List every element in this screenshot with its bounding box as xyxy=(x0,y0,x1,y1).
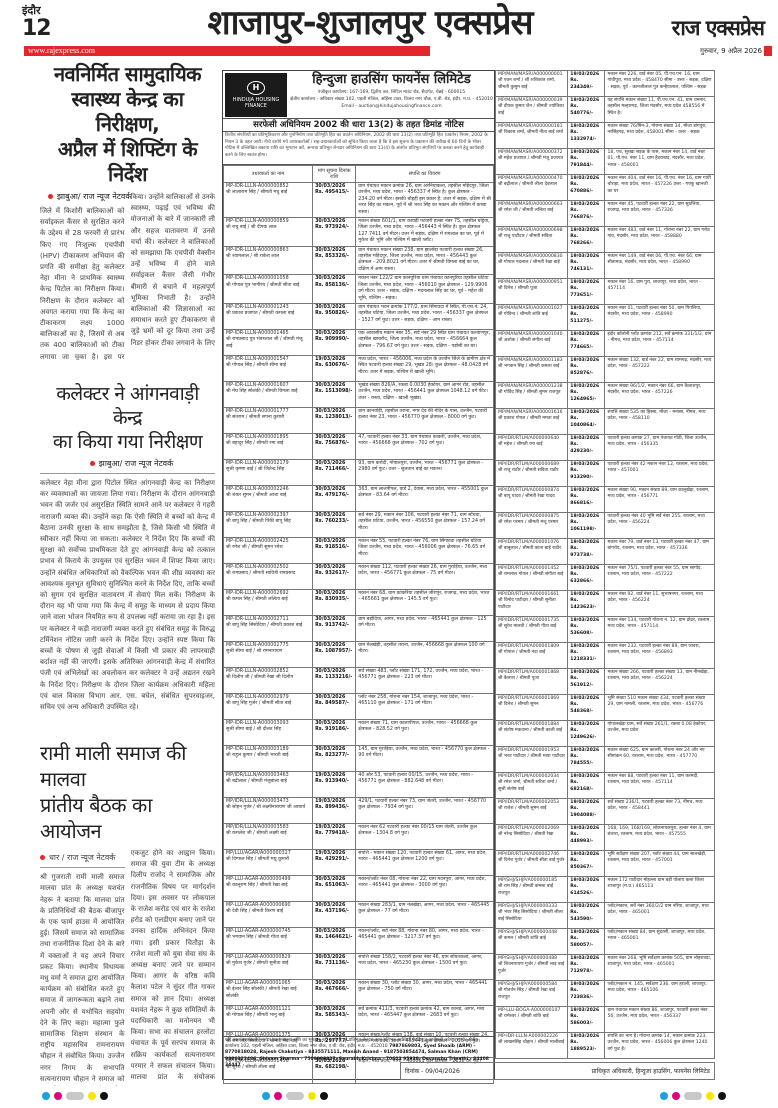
demand-amount: Rs. 973924/- xyxy=(315,225,353,231)
property-description: मकान/प्लॉट नंबर 08, गोराना नंबर 22, ग्रा… xyxy=(356,875,494,901)
property-description: मकान संख्या 601/1, ग्राम कायड़ी पटवारी ह… xyxy=(356,218,494,247)
borrower-names: श्री कैलाश / श्रीमती पूजा xyxy=(498,676,565,682)
borrower-names: श्री बद्रीलाल / श्रीमती मंजुबाला बाई xyxy=(226,779,310,785)
table-row: MP/MAN/MASR/A000001040श्री अशोक / श्रीमत… xyxy=(496,331,715,357)
article-body-col1: श्री गुजराती रामी माली समाज मालवा प्रांत… xyxy=(40,872,125,1086)
authorized-signatory: प्राधिकृत अधिकारी, हिन्दुजा हाउसिंग, फाय… xyxy=(592,1067,710,1075)
demand-amount: Rs. 712978/- xyxy=(570,962,602,975)
company-logo: H HINDUJA HOUSING FINANCE xyxy=(225,73,287,117)
property-description: मकान 172 पाटीदार मोहल्ला ग्राम बड़ी पोला… xyxy=(605,877,715,903)
demand-amount: Rs. 511275/- xyxy=(570,312,602,325)
table-row: MP-IDR-LLLN-A000001607श्री मेघ सिंह सोलं… xyxy=(224,381,494,407)
demand-amount: Rs. 853326/- xyxy=(315,254,353,260)
property-description: पटवारी हल्का क्रमांक 27, ग्राम पंचायत गो… xyxy=(605,435,715,461)
table-row: MP-IDR-LLLN-A000000863श्री श्यामलाल / श्… xyxy=(224,246,494,275)
article-body-col1: जिले में किशोरी बालिकाओं को सर्वाइकल कैं… xyxy=(40,206,125,360)
table-row: MP/IDR/RTLM/A000001868श्री कैलाश / श्रीम… xyxy=(496,669,715,695)
demand-amount: Rs. 670886/- xyxy=(570,182,602,195)
table-row: MP/MAN/MASR/A000000372श्री महेश प्रजापत … xyxy=(496,149,715,175)
property-description: 93, ग्राम करोदी, गोपालपुरा, उज्जैन, भारत… xyxy=(356,459,494,485)
demand-amount: Rs. 540776/- xyxy=(570,104,602,117)
demand-amount: Rs. 1332974/- xyxy=(570,130,602,143)
registered-office: पंजीकृत कार्यालय: 167-169, द्वितीय तल, ल… xyxy=(289,89,494,96)
demand-amount: Rs. 429291/- xyxy=(315,857,353,863)
borrower-names: श्री नरेन्द्र सिसोदिया / श्रीमती रेखा xyxy=(498,832,565,838)
demand-amount: Rs. 614526/- xyxy=(570,884,602,897)
demand-amount: Rs. 830935/- xyxy=(315,597,353,603)
property-description: सर्वे संख्या 483, प्लॉट संख्या 171, 172,… xyxy=(356,667,494,693)
property-description: सर्वे क्रमांक 411/3, पटवारी हल्का क्रमां… xyxy=(356,1005,494,1031)
property-description: मकान संख्या 132, वार्ड नंबर 22, ग्राम शा… xyxy=(605,357,715,383)
property-description: ग्राम कानवोड़ी, तहसील तराना, नगर देव की … xyxy=(356,407,494,433)
borrower-names: श्री संतराम / श्रीमती सपना कुमारी xyxy=(226,415,310,421)
bullet-icon xyxy=(90,461,95,466)
article-rami-mali-samaj: रामी माली समाज की मालवा प्रांतीय बैठक का… xyxy=(40,740,215,1086)
divider xyxy=(40,473,215,474)
borrower-names: श्री संतोष मकवाना / श्रीमती काली बाई xyxy=(498,728,565,734)
issue-date: गुरुवार, 9 अप्रैल 2026 xyxy=(700,46,762,56)
property-description: ग्राम पंचायत मकान संख्या 86, शाजापुर, पट… xyxy=(605,1007,715,1033)
borrower-names: श्री लालाराम सिंह / श्रीमती मधु बाई xyxy=(226,190,310,196)
demand-amount: Rs. 1040864/- xyxy=(570,416,602,429)
borrower-names: श्री महेश / श्रीमती रमा बाई xyxy=(498,442,565,448)
table-header-row: उधारकर्ता का नाम मांग सूचना दिनांक राशि … xyxy=(224,166,494,183)
demand-amount: Rs. 1904088/- xyxy=(570,806,602,819)
borrower-names: श्री प्रकाश गोयल / श्रीमती ममता बाई xyxy=(498,416,565,422)
table-row: MP/SHJ/SHJP/A000000333श्री भंवर सिंह सिस… xyxy=(496,903,715,929)
table-row: MP/MAN/MASR/A000000470श्री बद्रीलाल / श्… xyxy=(496,175,715,201)
left-news-column: नवनिर्मित सामुदायिक स्वास्थ्य केन्द्र का… xyxy=(40,62,215,1086)
demand-amount: Rs. 774665/- xyxy=(570,338,602,351)
table-row: MP/MAN/MASR/A000001616श्री प्रकाश गोयल /… xyxy=(496,409,715,435)
column-header: मांग सूचना दिनांक राशि xyxy=(313,166,356,183)
borrower-names: श्री दिनेश / श्रीमती सुमन xyxy=(498,702,565,708)
borrower-names: श्री विकास शर्मा, श्रीमती नीता बाई शर्मा xyxy=(498,130,565,136)
demand-amount: Rs. 1218331/- xyxy=(570,650,602,663)
borrower-names: श्री गोपाल / श्रीमती नंदा बाई xyxy=(498,650,565,656)
table-row: MP/IDR/RTLM/A000000875श्री रमेश परमार / … xyxy=(496,513,715,539)
property-description: मकान नंबर 55, पटवारी हल्का नंबर 76, ग्रा… xyxy=(356,537,494,563)
table-row: MP/MAN/MASR/A000001027श्री गोविन्द / श्र… xyxy=(496,305,715,331)
borrower-names: श्री गोविंद सिंह / श्रीमती सुमन राजपूत xyxy=(498,390,565,396)
borrower-names: श्री रमेश जी / श्रीमती सुमन रमेश xyxy=(226,545,310,551)
table-row: MP/MAN/MASR/A000001183श्री भगवान सिंह / … xyxy=(496,357,715,383)
article-health-centre: नवनिर्मित सामुदायिक स्वास्थ्य केन्द्र का… xyxy=(40,62,215,360)
table-row: MP/IDR/RTLM/A000001884श्री संतोष मकवाना … xyxy=(496,721,715,747)
branch-office: क्षेत्रीय कार्यालय - अधिकार संख्या 102, … xyxy=(289,96,494,103)
property-description: मकान नंबर 122/2 ग्राम कानपुरिया ग्राम पं… xyxy=(356,275,494,304)
demand-amount: Rs. 1423623/- xyxy=(570,598,602,611)
table-row: MP/IDR/RTLM/A000000689श्री राजू राठौर / … xyxy=(496,461,715,487)
property-description: ग्राम पंचायत मकान क्रमांक 26, ग्राम अरनि… xyxy=(356,183,494,218)
demand-amount: Rs. 630676/- xyxy=(315,363,353,369)
borrower-names: श्री कमलेश जी / श्रीमती लक्ष्मी बाई xyxy=(226,831,310,837)
demand-amount: Rs. 543590/- xyxy=(570,910,602,923)
borrower-names: श्री बापू सिंह गुर्जर / श्रीमती सीता बाई xyxy=(226,701,310,707)
table-row: MP-LLU-BOGA-A000000107श्री रामेश्वर / श्… xyxy=(496,1007,715,1033)
demand-amount: Rs. 651063/- xyxy=(315,883,353,889)
property-description: प्लॉट/मकान, सर्वे नंबर 360/2/2 ग्राम नरि… xyxy=(605,903,715,929)
table-row: MP/MAN/MASR/A000000001श्री पवन शर्मा / श… xyxy=(496,71,715,97)
notice-intro: वित्तीय संपत्तियों का प्रतिभूतिकरण और पु… xyxy=(223,132,494,165)
divider xyxy=(40,867,125,868)
property-description: सर्वे संख्या 236/1, पटवारी हल्का नंबर 73… xyxy=(605,799,715,825)
table-row: MP/IDR/RTLM/A000002069श्री नरेन्द्र सिसो… xyxy=(496,825,715,851)
article-body: कलेक्टर नेहा मीना द्वारा पिटोल स्थित आंग… xyxy=(40,478,215,736)
property-description: सर्वे नंबर 29, मकान नंबर 106, पटवारी हल्… xyxy=(356,511,494,537)
borrower-names: श्री रमेश जी / श्रीमती ललिता बाई xyxy=(498,208,565,214)
article-byline: झाबुआ/ राज न्यूज नेटवर्क xyxy=(48,458,215,469)
borrower-names: श्री राजू पाटीदार / श्रीमती सविता xyxy=(498,234,565,240)
demand-amount: Rs. 760233/- xyxy=(315,519,353,525)
table-row: MP-IDR-LLLN-A000001465श्री रामप्रसाद पुत… xyxy=(224,329,494,355)
property-description: मकान संख्या 112, पटवारी हल्का संख्या 26,… xyxy=(356,563,494,589)
property-description: भूमि सर्वेक्षण संख्या 207, प्लॉट संख्या … xyxy=(605,851,715,877)
registration-dot xyxy=(684,1092,702,1100)
demand-amount: Rs. 909990/- xyxy=(315,337,353,343)
borrower-names: श्री बापू सिंह सिसोदिया / श्रीमती प्रकाश… xyxy=(226,623,310,629)
borrower-names: श्री दिनेश / श्रीमती पूजा xyxy=(498,286,565,292)
borrower-names: श्री गोविन्द / श्रीमती शांति बाई xyxy=(498,312,565,318)
property-description: मकान नंबर 134, पटवारी गोराना नं. 12, ग्र… xyxy=(605,617,715,643)
borrower-names: श्री कमल / श्रीमती शांति बाई xyxy=(498,936,565,942)
borrower-names: श्री लाखनसिंह चौहान / श्रीमती मालीबाई xyxy=(498,1040,565,1046)
borrower-names: श्री राजू राठौर / श्रीमती सविता राठौर xyxy=(498,468,565,474)
borrower-names: श्री भगवान सिंह / श्रीमती कमला बाई xyxy=(498,364,565,370)
registration-dot xyxy=(66,1092,84,1100)
borrower-names: श्री देवी सिंह / श्रीमती किरण बाई xyxy=(226,909,310,915)
table-row: MP-LLU-AGAR-A000000499श्री कालूराम सिंह … xyxy=(224,875,494,901)
borrower-names: श्री मेघ सिंह सोलंकी / श्रीमती विमला बाई xyxy=(226,389,310,395)
table-row: MP-IDR-LLLN-A000001243श्री प्रकाश प्रजाप… xyxy=(224,303,494,329)
property-description: यह संपत्ति मकान संख्या 11, पी.एच.एन. 41,… xyxy=(605,97,715,123)
property-description: 168, 169, 168/169, लोकनायकपुरा, हल्का नं… xyxy=(605,825,715,851)
property-description: मकान नंबर 483, वार्ड नंबर 11, गोराना नंब… xyxy=(605,227,715,253)
table-row: MP-IDR-LLLN-A000001547श्री गोपाल सिंह / … xyxy=(224,355,494,381)
borrower-names: श्री दीपक कुमार जैन / श्रीमती ज्योतिका ब… xyxy=(498,104,565,117)
demand-amount: Rs. 791844/- xyxy=(570,156,602,169)
registration-dot xyxy=(88,1092,96,1100)
registration-dot xyxy=(54,1092,62,1100)
demand-amount: Rs. 1087957/- xyxy=(315,649,353,655)
table-row: MP-IDR-LLLN-A000002226श्री लाखनसिंह चौहा… xyxy=(496,1033,715,1059)
table-row: MP-IDR-LLLN-A000002775सुश्री सीमा बाई / … xyxy=(224,641,494,667)
demand-amount: Rs. 479176/- xyxy=(315,493,353,499)
company-name: हिन्दुजा हाउसिंग फायनेंस लिमिटेड xyxy=(289,71,494,89)
property-description: मकान संख्या 30, प्लॉट संख्या 30, आगर, मध… xyxy=(356,979,494,1005)
website-link[interactable]: www.rajexpress.com xyxy=(28,46,95,56)
demand-amount: Rs. 779418/- xyxy=(315,831,353,837)
property-description: मकान संख्या 266, पटवारी हल्का संख्या 13,… xyxy=(605,669,715,695)
table-row: MP/IDR/RTLM/A000000640श्री महेश / श्रीमत… xyxy=(496,435,715,461)
property-description: एक आवासीय मकान नंबर 35, सर्वे नंबर 29 स्… xyxy=(356,329,494,355)
column-header: संपत्ति का विवरण xyxy=(356,166,494,183)
demand-notice-continued: MP/MAN/MASR/A000000001श्री पवन शर्मा / श… xyxy=(495,70,715,1080)
borrower-names: श्री ईश्वर सिंह सोलंकी / श्रीमती रेखा बा… xyxy=(226,987,310,1000)
borrower-names: श्री गोपाल नंदलाल / श्रीमती रेखा बाई xyxy=(498,260,565,266)
page-number: 12 xyxy=(22,16,51,41)
borrower-names: श्री अशोक / श्रीमती संगीता बाई xyxy=(498,338,565,344)
table-row: MP/IDR/LLLN/A000003463श्री बद्रीलाल / श्… xyxy=(224,771,494,797)
borrower-names: श्री राम सिंह / श्रीमती कमला बाई राजपूत xyxy=(498,884,565,897)
article-headline: कलेक्टर ने आंगनवाड़ी केन्द्र का किया गया… xyxy=(40,382,215,454)
table-row: MP-IDR-LLLN-A000002425श्री रमेश जी / श्र… xyxy=(224,537,494,563)
property-description: मध्य प्रदेश, भारत - 456006, मध्य प्रदेश … xyxy=(356,355,494,381)
property-description: मकान नंबर 149, वार्ड नंबर 06, पी.एच. नंब… xyxy=(605,253,715,279)
borrower-names: श्री प्रकाश प्रजापत / श्रीमती कमला बाई xyxy=(226,311,310,317)
borrower-names: श्री बापू सिंह / श्रीमती पिंकी बापू सिंह xyxy=(226,519,310,525)
demand-amount: Rs. 536608/- xyxy=(570,624,602,637)
table-row: MP-LLU-AGAR-A000000690श्री देवी सिंह / श… xyxy=(224,901,494,927)
property-description: मकान नंबर 62 पटवारी हल्का नंबर 00/15 ग्र… xyxy=(356,823,494,849)
table-row: MP/IDR/RTLM/A000001869श्री दिनेश / श्रीम… xyxy=(496,695,715,721)
table-row: MP/MAN/MASR/A000001238श्री गोविंद सिंह /… xyxy=(496,383,715,409)
borrower-table-continued: MP/MAN/MASR/A000000001श्री पवन शर्मा / श… xyxy=(495,70,715,1059)
column-header: उधारकर्ता का नाम xyxy=(224,166,313,183)
demand-amount: Rs. 768266/- xyxy=(570,234,602,247)
property-description: मकान नंबर 45, पटवारी हल्का नंबर 22, ग्रा… xyxy=(605,201,715,227)
newspaper-brand: राज एक्सप्रेस xyxy=(672,14,764,42)
property-description: प्लॉट/मकान संख्या 84, ग्राम सुंदरसी, शाज… xyxy=(605,929,715,955)
demand-amount: Rs. 429230/- xyxy=(570,442,602,455)
property-description: भूखंड संख्या 826/A, रकबा 0.0030 हेक्टेयर… xyxy=(356,381,494,407)
borrower-names: श्री राजेश / श्रीमती सुमन बाई xyxy=(498,806,565,812)
demand-amount: Rs. 950826/- xyxy=(315,311,353,317)
property-description: संपत्ति संख्या 535 का हिस्सा, मौजा - मना… xyxy=(605,409,715,435)
borrower-names: श्री कमल सिंह / श्रीमती ललिता बाई xyxy=(226,597,310,603)
borrower-names: श्री दिलीप जी / श्रीमती रेखा जी दिलीप xyxy=(226,675,310,681)
table-row: MP-IDR-LLLN-A000002852श्री दिलीप जी / श्… xyxy=(224,667,494,693)
table-row: MP/IDR/RTLM/A000001735श्री सुरेश मालवी /… xyxy=(496,617,715,643)
bullet-icon xyxy=(40,855,45,860)
demand-amount: Rs. 234349/- xyxy=(570,78,602,91)
table-row: MP/MAN/MASR/A000000039श्री दीपक कुमार जै… xyxy=(496,97,715,123)
demand-amount: Rs. 1464621/- xyxy=(315,935,353,941)
demand-amount: Rs. 1238013/- xyxy=(315,415,353,421)
demand-amount: Rs. 1513098/- xyxy=(315,389,353,395)
property-description: मकान नंबर 75/1, पटवारी हल्का नंबर 55, ग्… xyxy=(605,565,715,591)
property-description: 145, ग्राम गुराड़िया, उज्जैन, मध्य प्रदे… xyxy=(356,745,494,771)
page-title: शाजापुर-शुजालपुर एक्सप्रेस xyxy=(130,2,610,44)
property-description: मकान नंबर 232, पटवारी हल्का नंबर 89, ग्र… xyxy=(605,643,715,669)
borrower-names: श्री भगवान सिंह / श्रीमती गीता बाई xyxy=(226,935,310,941)
table-row: MP/IDR/RTLM/A000001452श्री रामलाल गोयल /… xyxy=(496,565,715,591)
demand-notice-advertisement: H HINDUJA HOUSING FINANCE हिन्दुजा हाउसि… xyxy=(222,70,495,1080)
property-description: पटवारी हल्का नंबर 40 भूमि सर्वे नंबर 255… xyxy=(605,513,715,539)
table-row: MP/MAN/MASR/A000000698श्री राजू पाटीदार … xyxy=(496,227,715,253)
property-description: गोपालखेड़ा ग्राम, सर्वे संख्या 261/1, रक… xyxy=(605,721,715,747)
borrower-names: श्री बहादुर सिंह / श्रीमती रमा बाई xyxy=(226,441,310,447)
borrower-names: सुश्री सीमा बाई / श्री रामनारायण xyxy=(226,649,310,655)
borrower-names: श्री सुरेश मालवी / श्रीमती गीता बाई xyxy=(498,624,565,630)
property-description: 429/1, पटवारी हल्का नंबर 73, ग्राम जेतरी… xyxy=(356,797,494,823)
property-description: 363, ग्राम लालपीपल, वार्ड 2, देवास, मध्य… xyxy=(356,485,494,511)
demand-amount: Rs. 467666/- xyxy=(315,987,353,993)
table-row: MP/IDR/RTLM/A000002034श्री रमेश शर्मा, श… xyxy=(496,773,715,799)
table-row: MP-IDR-LLLN-A000001777श्री संतराम / श्री… xyxy=(224,407,494,433)
table-row: MP/IDR/RTLM/A000001076श्री बाबूलाल / श्र… xyxy=(496,539,715,565)
property-description: मकान संख्या 76/मिन-3, गोराना संख्या 34, … xyxy=(605,123,715,149)
demand-amount: Rs. 723836/- xyxy=(570,988,602,1001)
property-description: संपत्ति संख्या 158/2, पटवारी हल्का नंबर … xyxy=(356,953,494,979)
demand-amount: Rs. 731136/- xyxy=(315,961,353,967)
borrower-names: श्री बापू यादव / श्रीमती रेखा यादव xyxy=(498,494,565,500)
table-row: MP/MAN/MASR/A000000830श्री गोपाल नंदलाल … xyxy=(496,253,715,279)
property-description: मकान संख्या 71, ग्राम कालापीपल, उज्जैन, … xyxy=(356,719,494,745)
table-row: MP-LLU-AGAR-A000000829श्री मुकेश गुर्जर … xyxy=(224,953,494,979)
table-row: MP/IDR/RTLM/A000002053श्री राजेश / श्रीम… xyxy=(496,799,715,825)
property-description: मकान नंबर 68, ग्राम कांकरिया तहसील जीराप… xyxy=(356,589,494,615)
demand-amount: Rs. 756876/- xyxy=(315,441,353,447)
registration-dot xyxy=(320,1092,328,1100)
registration-dot xyxy=(308,1092,316,1100)
table-row: MP/IDR/RTLM/A000001661श्री विनोद पाटीदार… xyxy=(496,591,715,617)
property-description: मकान संख्या 625, ग्राम कालरी, गोराना नंब… xyxy=(605,747,715,773)
table-row: MP/SHJ/SHJP/A000000584श्री गोवर्धन सिंह … xyxy=(496,981,715,1007)
table-row: MP-IDR-LLLN-A000002692श्री कमल सिंह / श्… xyxy=(224,589,494,615)
property-description: ग्राम मेलखेड़ी, तहसील तराना, उज्जैन, 456… xyxy=(356,641,494,667)
notice-header: H HINDUJA HOUSING FINANCE हिन्दुजा हाउसि… xyxy=(223,71,494,119)
borrower-names: श्री गोवर्धन सिंह / श्रीमती रेखा बाई राज… xyxy=(498,988,565,1001)
property-description: इंदौर कॉलोनी प्लॉट क्रमांक 212, सर्वे क्… xyxy=(605,331,715,357)
company-email: Email - auction@hindujahousingfinance.co… xyxy=(289,103,494,110)
article-headline: नवनिर्मित सामुदायिक स्वास्थ्य केन्द्र का… xyxy=(40,62,215,187)
borrower-names: श्री महेश प्रजापत / श्रीमती मंजु प्रजापत xyxy=(498,156,565,162)
table-row: MP-IDR-LLLN-A000003189श्री राहुल कुमार /… xyxy=(224,745,494,771)
article-body-col2: एकजुट होने का आह्वान किया। समाज की युवा … xyxy=(131,848,216,1080)
property-description: मकान नंबर 268, भूमि सर्वेक्षण क्रमांक 50… xyxy=(605,955,715,981)
demand-amount: Rs. 548368/- xyxy=(570,702,602,715)
property-description: पटवारी हल्का नंबर 42 मकान नंबर 12, रतलाम… xyxy=(605,461,715,487)
borrower-names: श्री रामेश्वर / श्रीमती शांति बाई xyxy=(498,1014,565,1020)
property-description: संपत्ति - मकान संख्या 120, पटवारी हल्का … xyxy=(356,849,494,875)
property-description: मकान नंबर 79, वार्ड नंबर 13, पटवारी हल्क… xyxy=(605,539,715,565)
borrower-names: श्री सोहन गुर्जर / श्री लक्ष्मीनारायण जी… xyxy=(226,805,310,811)
property-description: संपत्ति का भाग है। गोराना क्रमांक 14, मक… xyxy=(605,1033,715,1059)
table-row: MP-IDR-LLLN-A000002397श्री बापू सिंह / श… xyxy=(224,511,494,537)
table-row: MP/IDR/RTLM/A000001953श्री भरत पाटीदार /… xyxy=(496,747,715,773)
property-description: प्लॉट/मकान नं. 145, सर्वेक्षण 236, ग्राम… xyxy=(605,981,715,1007)
demand-amount: Rs. 858136/- xyxy=(315,283,353,289)
demand-amount: Rs. 913940/- xyxy=(315,779,353,785)
registration-dot xyxy=(660,1092,668,1100)
table-row: MP/IDR/RTLM/A000002746श्री दिनेश गुर्जर … xyxy=(496,851,715,877)
print-registration-marks-right xyxy=(660,1092,726,1100)
borrower-table: उधारकर्ता का नाम मांग सूचना दिनांक राशि … xyxy=(223,165,494,1084)
table-row: MP/SHJ/SHJP/A000000488श्री शिवनारायण गुर… xyxy=(496,955,715,981)
table-row: MP/MAN/MASR/A000000951श्री दिनेश / श्रीम… xyxy=(496,279,715,305)
borrower-names: श्री रमेश परमार / श्रीमती मंजू परमार xyxy=(498,520,565,526)
property-description: प्लॉट नंबर 258, गोराना नंबर 154, शाजापुर… xyxy=(356,693,494,719)
registration-dot xyxy=(286,1092,304,1100)
article-body-col2: किया। उन्होंने बालिकाओं से उनके स्वास्थ्… xyxy=(131,192,216,346)
borrower-names: श्री दिनेश गुर्जर / श्रीमती सीता बाई गुर… xyxy=(498,858,565,864)
demand-amount: Rs. 632866/- xyxy=(570,572,602,585)
demand-amount: Rs. 850367/- xyxy=(570,858,602,871)
demand-amount: Rs. 1249626/- xyxy=(570,728,602,741)
demand-amount: Rs. 437196/- xyxy=(315,909,353,915)
demand-amount: Rs. 973738/- xyxy=(570,546,602,559)
borrower-names: श्री बाबूलाल / श्रीमती कांता बाई राठौर xyxy=(498,546,565,552)
table-row: MP-IDR-LLLN-A000002179सुश्री कृष्णा बाई … xyxy=(224,459,494,485)
borrower-names: श्री श्यामलाल / श्री राकेश लाल xyxy=(226,254,310,260)
table-row: MP-LLU-AGAR-A000001121श्री गोपाल सिंह / … xyxy=(224,1005,494,1031)
demand-amount: Rs. 448993/- xyxy=(570,832,602,845)
borrower-names: श्री गोपाल पुत्र भागीरथ / श्रीमती सीता ब… xyxy=(226,283,310,289)
table-row: MP-IDR-LLLN-A000002711श्री बापू सिंह सिस… xyxy=(224,615,494,641)
borrower-names: श्री रामप्रसाद पुत्र भंवरलाल जी / श्रीमत… xyxy=(226,337,310,350)
table-row: MP-LLU-AGAR-A000000745श्री भगवान सिंह / … xyxy=(224,927,494,953)
property-description: मकान नंबर 01, पटवारी हल्का नंबर 50, ग्रा… xyxy=(605,305,715,331)
borrower-names: श्री मुकेश गुर्जर / श्रीमती सुनीता बाई xyxy=(226,961,310,967)
borrower-names: श्री विनोद पाटीदार / श्रीमती सुनीता पाटी… xyxy=(498,598,565,611)
demand-amount: Rs. 586003/- xyxy=(570,1014,602,1027)
demand-amount: Rs. 561912/- xyxy=(570,676,602,689)
demand-amount: Rs. 580057/- xyxy=(570,936,602,949)
demand-amount: Rs. 585343/- xyxy=(315,1013,353,1019)
notice-title: सरफेसी अधिनियम 2002 की धारा 13(2) के तहत… xyxy=(223,119,494,132)
property-description: मकान नंबर 16, ग्राम पुरा, शाजापुर, मध्य … xyxy=(605,279,715,305)
registration-dot xyxy=(100,1092,108,1100)
demand-amount: Rs. 932617/- xyxy=(315,571,353,577)
property-description: मकान नंबर 88, पटवारी हल्का नंबर 11, ग्रा… xyxy=(605,773,715,799)
table-row: MP-IDR-LLLN-A000003093सुश्री सीमा बाई / … xyxy=(224,719,494,745)
print-registration-marks-center xyxy=(262,1092,328,1100)
article-byline: धार / राज न्यूज नेटवर्क xyxy=(40,852,125,863)
registration-dot xyxy=(672,1092,680,1100)
table-row: MP-IDR-LLLN-A000000859श्री राधु बाई / श्… xyxy=(224,218,494,247)
borrower-names: श्री रामप्रसाद / श्रीमती सावित्री रामप्र… xyxy=(226,571,310,577)
borrower-names: श्री राधु बाई / श्री दीपक लाल xyxy=(226,225,310,231)
article-anganwadi: कलेक्टर ने आंगनवाड़ी केन्द्र का किया गया… xyxy=(40,382,215,736)
notice-signature-bar: दिनांक - 09/04/2026 प्राधिकृत अधिकारी, ह… xyxy=(400,1062,715,1080)
table-row: MP-IDR-LLLN-A000002502श्री रामप्रसाद / श… xyxy=(224,563,494,589)
demand-amount: Rs. 711466/- xyxy=(315,467,353,473)
table-row: MP-IDR-LLLN-A000001058श्री गोपाल पुत्र भ… xyxy=(224,275,494,304)
demand-amount: Rs. 1061198/- xyxy=(570,520,602,533)
property-description: मकान संख्या 90, मकान संख्या 89, ग्राम का… xyxy=(605,487,715,513)
borrower-names: श्री गोपाल सिंह / श्रीमती सीमा बाई xyxy=(226,363,310,369)
registration-dot xyxy=(262,1092,270,1100)
borrower-names: श्री रामलाल गोयल / श्रीमती संगीता बाई xyxy=(498,572,565,578)
borrower-names: श्री दिग्पाल सिंह / श्रीमती मधु कुमारी xyxy=(226,857,310,863)
property-description: ग्राम पंचायत मकान संख्या 238, ग्राम झालो… xyxy=(356,246,494,275)
article-headline: रामी माली समाज की मालवा प्रांतीय बैठक का… xyxy=(40,740,215,844)
demand-amount: Rs. 913742/- xyxy=(315,623,353,629)
table-row: MP/IDR/RTLM/A000001809श्री गोपाल / श्रीम… xyxy=(496,643,715,669)
table-row: MP-LLU-AGAR-A000001065श्री ईश्वर सिंह सो… xyxy=(224,979,494,1005)
property-description: ग्राम बड़ोदिया, आगर, मध्य प्रदेश, भारत -… xyxy=(356,615,494,641)
demand-amount: Rs. 899436/- xyxy=(315,805,353,811)
print-registration-marks-left xyxy=(42,1092,108,1100)
red-corner-tab xyxy=(764,46,772,56)
demand-amount: Rs. 849587/- xyxy=(315,701,353,707)
demand-amount: Rs. 766876/- xyxy=(570,208,602,221)
borrower-names: श्री भंवर सिंह सिसोदिया / श्रीमती लीला ब… xyxy=(498,910,565,923)
demand-amount: Rs. 1133216/- xyxy=(315,675,353,681)
demand-amount: Rs. 852876/- xyxy=(570,364,602,377)
borrower-names: श्री रमेश शर्मा, श्रीमती सरिता शर्मा / स… xyxy=(498,780,565,793)
property-description: मकान संख्या 96/1/2, मकान नंबर 66, ग्राम … xyxy=(605,383,715,409)
table-row: MP-IDR-LLLN-A000000852श्री लालाराम सिंह … xyxy=(224,183,494,218)
borrower-names: श्री भरत पाटीदार / श्रीमती माया पाटीदार xyxy=(498,754,565,760)
borrower-names: श्री राहुल कुमार / श्रीमती भारती बाई xyxy=(226,753,310,759)
demand-amount: Rs. 495415/- xyxy=(315,190,353,196)
demand-amount: Rs. 682168/- xyxy=(570,780,602,793)
table-row: MP/IDR/LLLN/A000003583श्री कमलेश जी / श्… xyxy=(224,823,494,849)
registration-dot xyxy=(706,1092,714,1100)
borrower-names: श्री शिवनारायण गुर्जर / श्रीमती लाड़ बाई… xyxy=(498,962,565,975)
